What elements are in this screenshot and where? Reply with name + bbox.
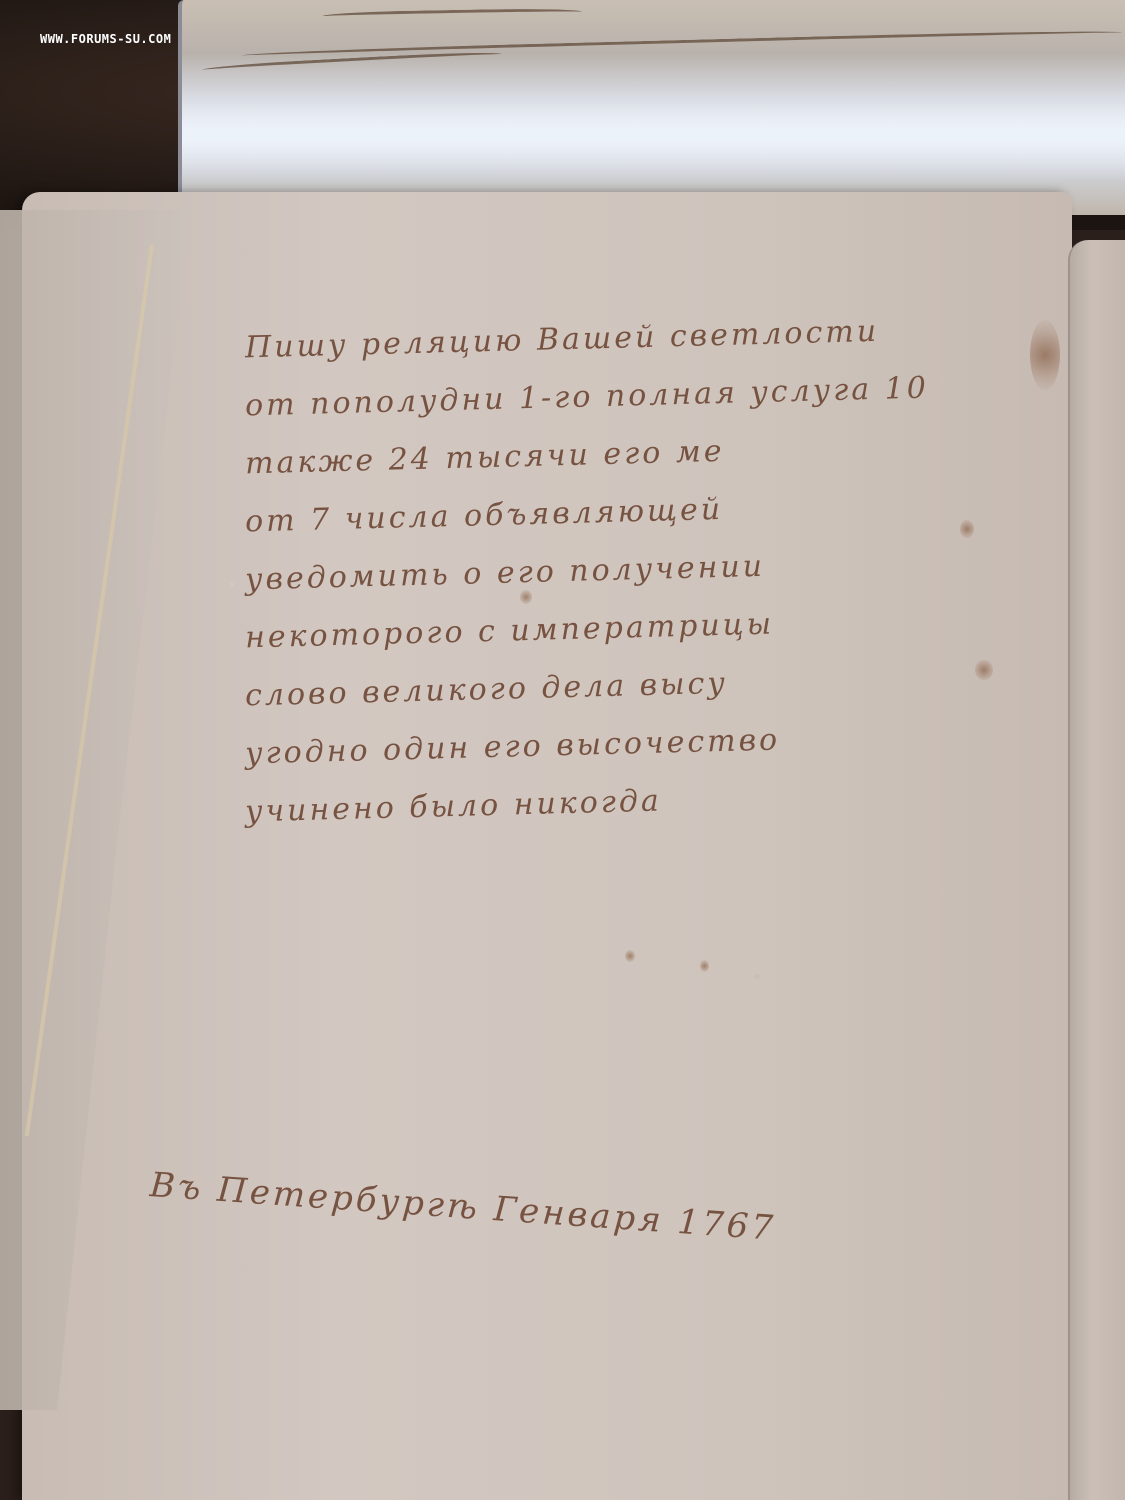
sleeve-glare bbox=[182, 100, 1125, 180]
plastic-sleeve bbox=[178, 0, 1125, 215]
sleeve-paper-edge bbox=[322, 8, 582, 23]
ink-stain bbox=[1030, 320, 1060, 390]
site-watermark: WWW.FORUMS-SU.COM bbox=[40, 32, 171, 46]
ink-stain bbox=[625, 950, 635, 962]
book-binding-edge bbox=[1068, 240, 1125, 1500]
handwritten-text-block: Пишу реляцию Вашей светлости от пополудн… bbox=[245, 310, 965, 832]
ink-stain bbox=[700, 960, 709, 972]
ink-stain bbox=[975, 660, 993, 680]
